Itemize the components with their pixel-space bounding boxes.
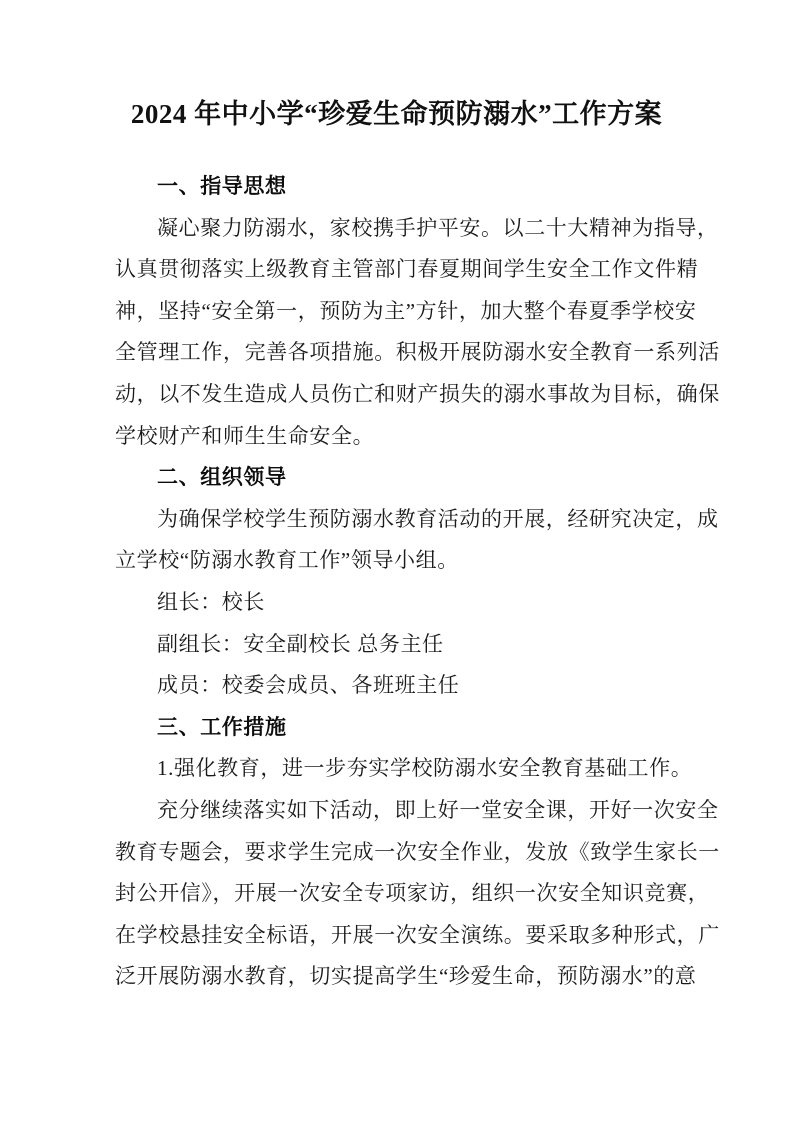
text-line: 凝心聚力防溺水，家校携手护平安。以二十大精神为指导， <box>115 208 678 250</box>
document-page: 2024 年中小学“珍爱生命预防溺水”工作方案 一、指导思想凝心聚力防溺水，家校… <box>0 0 793 1122</box>
section-heading: 三、工作措施 <box>115 707 678 749</box>
text-line: 泛开展防溺水教育，切实提高学生“珍爱生命，预防溺水”的意 <box>115 956 678 998</box>
text-line: 认真贯彻落实上级教育主管部门春夏期间学生安全工作文件精 <box>115 249 678 291</box>
document-title: 2024 年中小学“珍爱生命预防溺水”工作方案 <box>0 92 793 131</box>
text-line: 1.强化教育，进一步夯实学校防溺水安全教育基础工作。 <box>115 748 678 790</box>
text-line: 神，坚持“安全第一，预防为主”方针，加大整个春夏季学校安 <box>115 291 678 333</box>
document-body: 一、指导思想凝心聚力防溺水，家校携手护平安。以二十大精神为指导，认真贯彻落实上级… <box>115 166 678 998</box>
text-line: 教育专题会，要求学生完成一次安全作业，发放《致学生家长一 <box>115 832 678 874</box>
section-heading: 一、指导思想 <box>115 166 678 208</box>
text-line: 组长：校长 <box>115 582 678 624</box>
text-line: 立学校“防溺水教育工作”领导小组。 <box>115 540 678 582</box>
text-line: 学校财产和师生生命安全。 <box>115 416 678 458</box>
text-line: 全管理工作，完善各项措施。积极开展防溺水安全教育一系列活 <box>115 332 678 374</box>
text-line: 为确保学校学生预防溺水教育活动的开展，经研究决定，成 <box>115 499 678 541</box>
text-line: 成员：校委会成员、各班班主任 <box>115 665 678 707</box>
text-line: 动，以不发生造成人员伤亡和财产损失的溺水事故为目标，确保 <box>115 374 678 416</box>
text-line: 充分继续落实如下活动，即上好一堂安全课，开好一次安全 <box>115 790 678 832</box>
text-line: 封公开信》，开展一次安全专项家访，组织一次安全知识竞赛， <box>115 873 678 915</box>
section-heading: 二、组织领导 <box>115 457 678 499</box>
text-line: 在学校悬挂安全标语，开展一次安全演练。要采取多种形式，广 <box>115 915 678 957</box>
text-line: 副组长：安全副校长 总务主任 <box>115 624 678 666</box>
